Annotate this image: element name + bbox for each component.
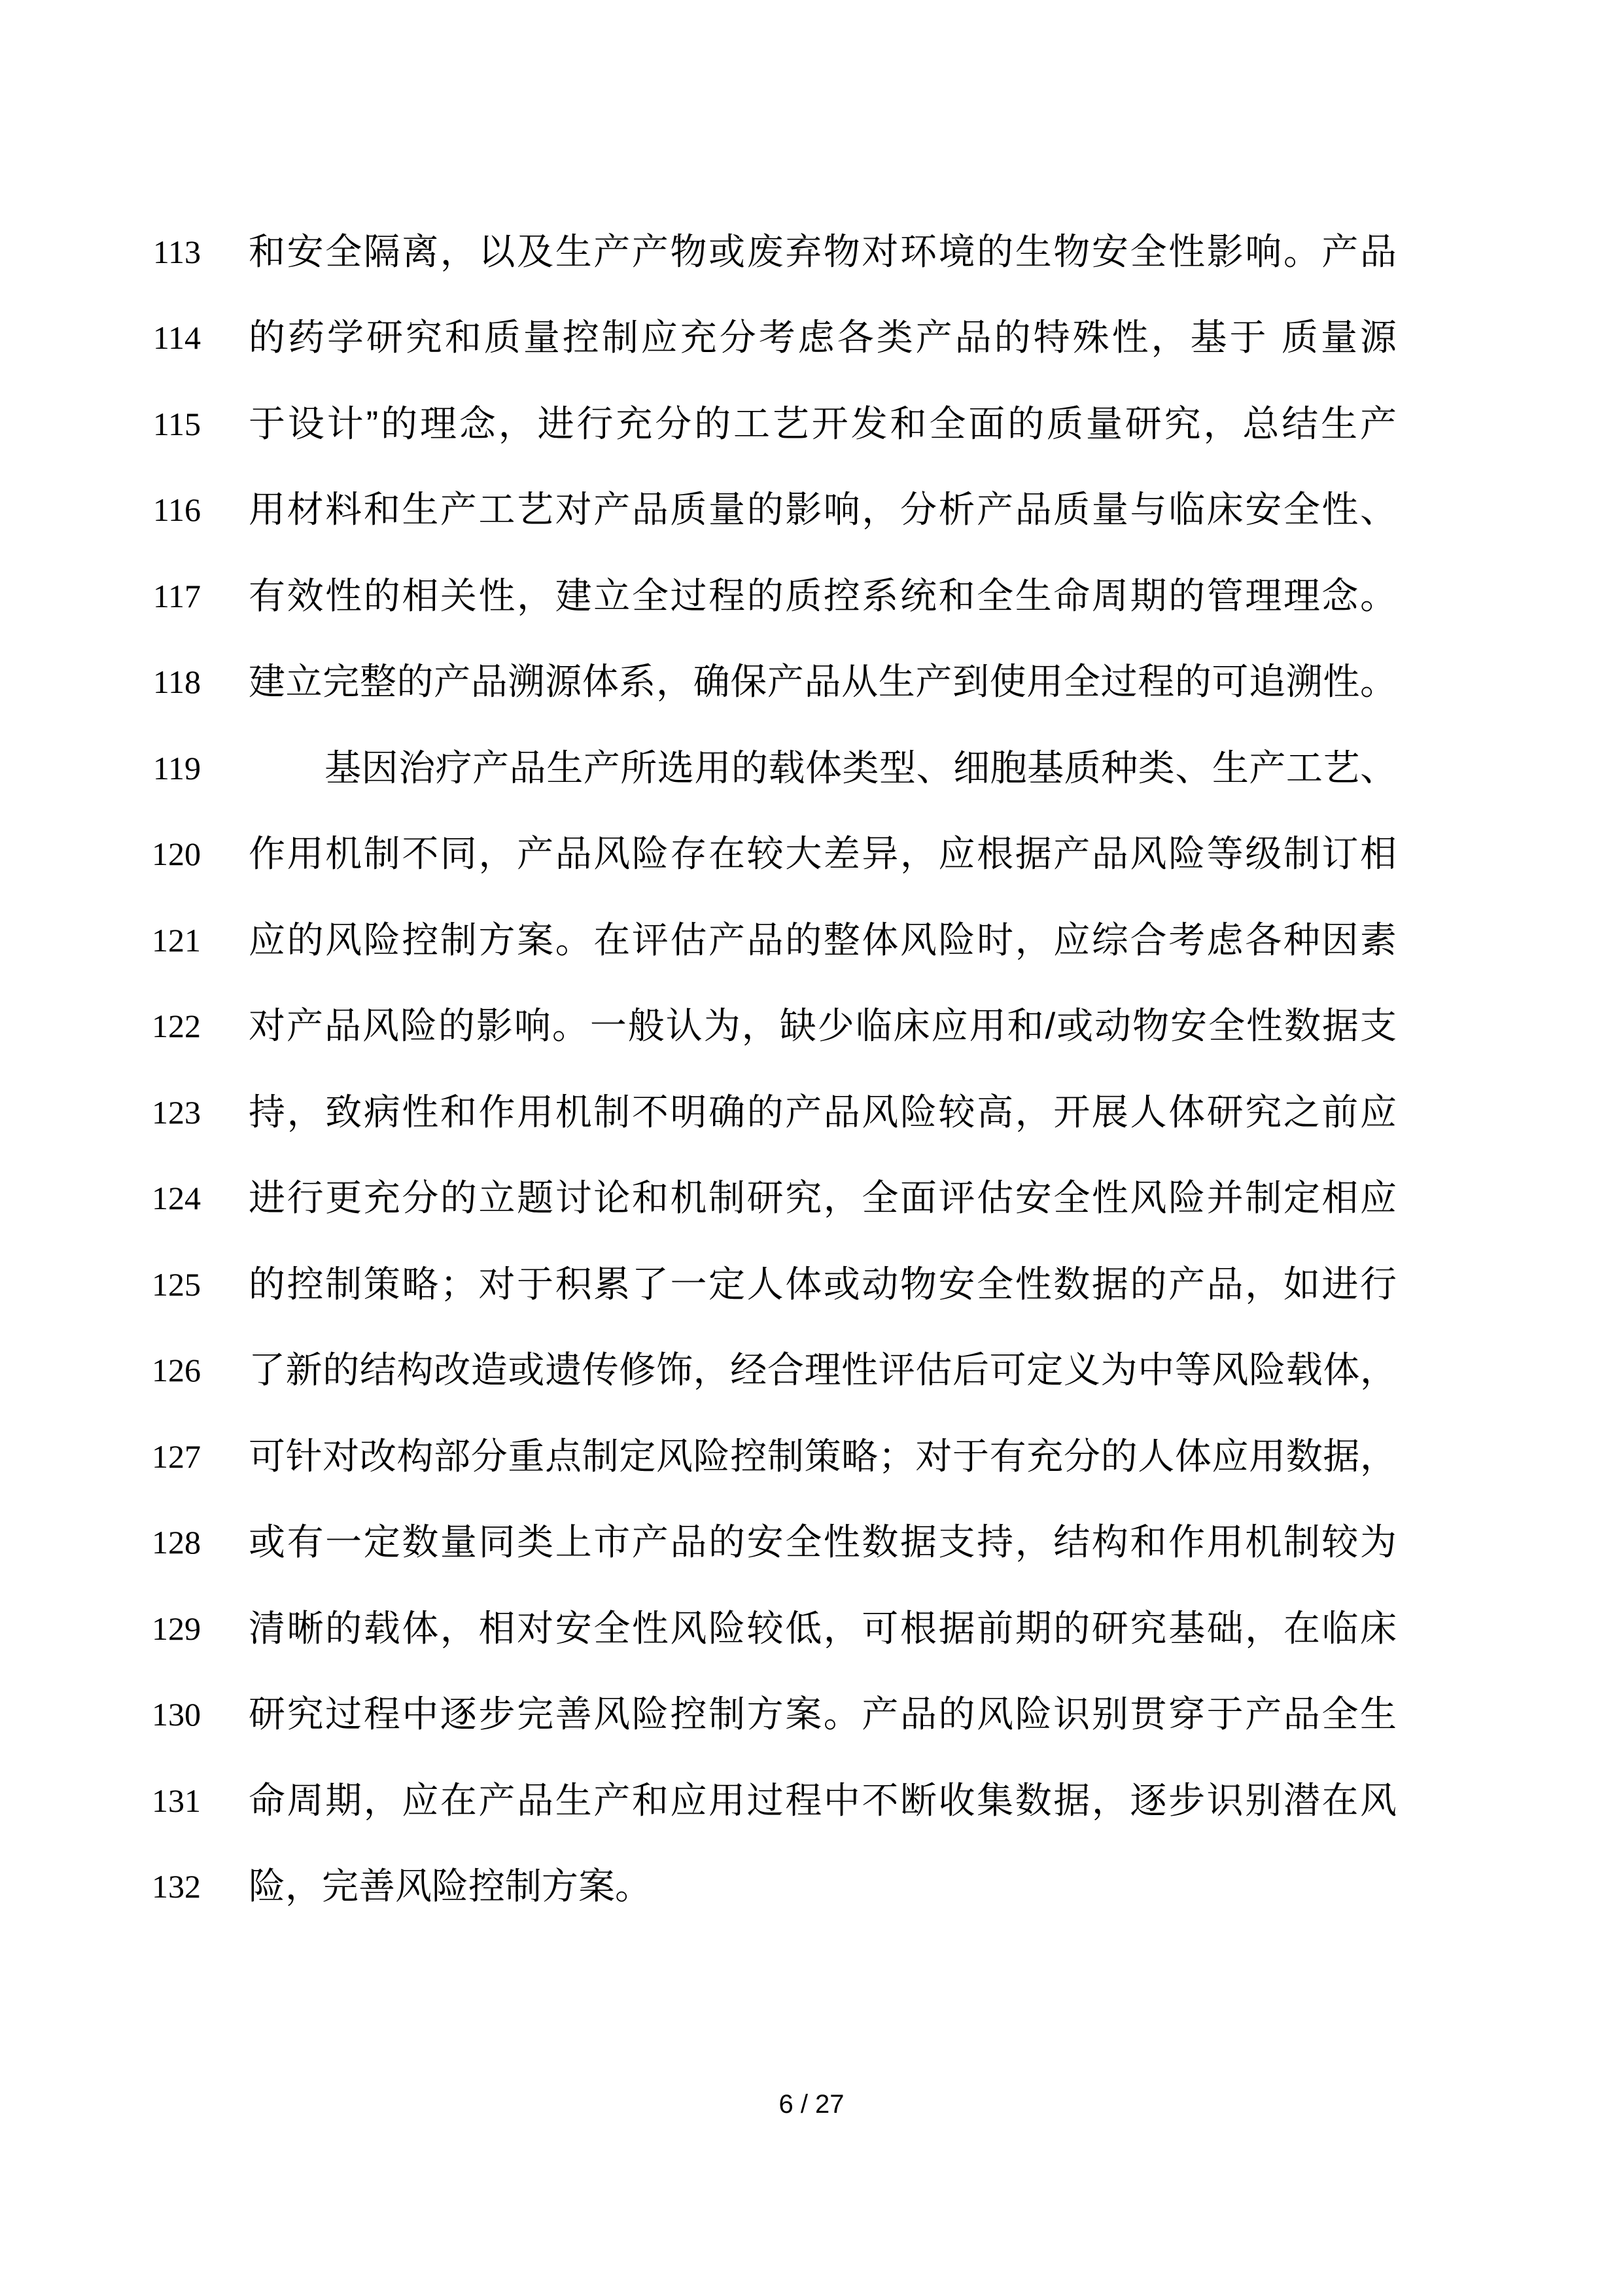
- text-line: 115于设计”的理念，进行充分的工艺开发和全面的质量研究，总结生产: [0, 381, 1623, 467]
- text-line: 132险，完善风险控制方案。: [0, 1844, 1623, 1930]
- line-number: 119: [0, 752, 201, 785]
- text-line: 119基因治疗产品生产所选用的载体类型、细胞基质种类、生产工艺、: [0, 725, 1623, 811]
- line-number: 122: [0, 1010, 201, 1042]
- text-line: 113和安全隔离，以及生产产物或废弃物对环境的生物安全性影响。产品: [0, 209, 1623, 295]
- line-text: 了新的结构改造或遗传修饰，经合理性评估后可定义为中等风险载体，: [249, 1349, 1397, 1391]
- text-line: 130研究过程中逐步完善风险控制方案。产品的风险识别贯穿于产品全生: [0, 1672, 1623, 1758]
- line-number: 132: [0, 1870, 201, 1903]
- line-container: 113和安全隔离，以及生产产物或废弃物对环境的生物安全性影响。产品114的药学研…: [0, 209, 1623, 1930]
- document-page: 113和安全隔离，以及生产产物或废弃物对环境的生物安全性影响。产品114的药学研…: [0, 0, 1623, 2296]
- line-number: 131: [0, 1784, 201, 1817]
- text-line: 116用材料和生产工艺对产品质量的影响，分析产品质量与临床安全性、: [0, 467, 1623, 554]
- text-line: 129清晰的载体，相对安全性风险较低，可根据前期的研究基础，在临床: [0, 1585, 1623, 1672]
- line-text: 有效性的相关性，建立全过程的质控系统和全生命周期的管理理念。: [249, 575, 1397, 617]
- line-text: 于设计”的理念，进行充分的工艺开发和全面的质量研究，总结生产: [249, 403, 1397, 445]
- line-number: 124: [0, 1182, 201, 1214]
- line-text: 可针对改构部分重点制定风险控制策略；对于有充分的人体应用数据，: [249, 1436, 1397, 1477]
- text-line: 128或有一定数量同类上市产品的安全性数据支持，结构和作用机制较为: [0, 1500, 1623, 1586]
- line-text: 险，完善风险控制方案。: [249, 1865, 1397, 1907]
- line-text: 进行更充分的立题讨论和机制研究，全面评估安全性风险并制定相应: [249, 1177, 1397, 1219]
- line-number: 116: [0, 493, 201, 526]
- line-text: 建立完整的产品溯源体系，确保产品从生产到使用全过程的可追溯性。: [249, 661, 1397, 703]
- line-text: 和安全隔离，以及生产产物或废弃物对环境的生物安全性影响。产品: [249, 231, 1397, 273]
- text-line: 121应的风险控制方案。在评估产品的整体风险时，应综合考虑各种因素: [0, 897, 1623, 983]
- line-number: 121: [0, 924, 201, 957]
- line-text: 应的风险控制方案。在评估产品的整体风险时，应综合考虑各种因素: [249, 919, 1397, 961]
- text-line: 127可针对改构部分重点制定风险控制策略；对于有充分的人体应用数据，: [0, 1413, 1623, 1500]
- line-number: 117: [0, 580, 201, 612]
- line-number: 127: [0, 1440, 201, 1473]
- line-number: 125: [0, 1268, 201, 1301]
- text-line: 123持，致病性和作用机制不明确的产品风险较高，开展人体研究之前应: [0, 1069, 1623, 1156]
- line-text: 作用机制不同，产品风险存在较大差异，应根据产品风险等级制订相: [249, 833, 1397, 875]
- line-text: 持，致病性和作用机制不明确的产品风险较高，开展人体研究之前应: [249, 1091, 1397, 1133]
- text-line: 124进行更充分的立题讨论和机制研究，全面评估安全性风险并制定相应: [0, 1156, 1623, 1242]
- line-number: 115: [0, 408, 201, 440]
- line-text: 或有一定数量同类上市产品的安全性数据支持，结构和作用机制较为: [249, 1521, 1397, 1563]
- text-line: 118建立完整的产品溯源体系，确保产品从生产到使用全过程的可追溯性。: [0, 639, 1623, 726]
- line-number: 113: [0, 236, 201, 268]
- line-text: 命周期，应在产品生产和应用过程中不断收集数据，逐步识别潜在风: [249, 1780, 1397, 1822]
- text-line: 120作用机制不同，产品风险存在较大差异，应根据产品风险等级制订相: [0, 811, 1623, 898]
- text-line: 125的控制策略；对于积累了一定人体或动物安全性数据的产品，如进行: [0, 1241, 1623, 1328]
- text-line: 126了新的结构改造或遗传修饰，经合理性评估后可定义为中等风险载体，: [0, 1328, 1623, 1414]
- text-line: 131命周期，应在产品生产和应用过程中不断收集数据，逐步识别潜在风: [0, 1757, 1623, 1844]
- line-text: 基因治疗产品生产所选用的载体类型、细胞基质种类、生产工艺、: [249, 747, 1397, 789]
- line-number: 130: [0, 1698, 201, 1731]
- line-text: 用材料和生产工艺对产品质量的影响，分析产品质量与临床安全性、: [249, 489, 1397, 531]
- line-text: 的控制策略；对于积累了一定人体或动物安全性数据的产品，如进行: [249, 1263, 1397, 1305]
- line-number: 123: [0, 1096, 201, 1129]
- line-number: 126: [0, 1354, 201, 1386]
- line-number: 129: [0, 1612, 201, 1645]
- line-text: 研究过程中逐步完善风险控制方案。产品的风险识别贯穿于产品全生: [249, 1693, 1397, 1735]
- line-number: 118: [0, 665, 201, 698]
- text-line: 117有效性的相关性，建立全过程的质控系统和全生命周期的管理理念。: [0, 553, 1623, 639]
- line-number: 128: [0, 1526, 201, 1559]
- line-number: 120: [0, 838, 201, 870]
- text-line: 122对产品风险的影响。一般认为，缺少临床应用和/或动物安全性数据支: [0, 983, 1623, 1070]
- line-text: 对产品风险的影响。一般认为，缺少临床应用和/或动物安全性数据支: [249, 1005, 1397, 1047]
- line-text: 的药学研究和质量控制应充分考虑各类产品的特殊性，基于 质量源: [249, 317, 1397, 359]
- line-text: 清晰的载体，相对安全性风险较低，可根据前期的研究基础，在临床: [249, 1608, 1397, 1650]
- text-line: 114的药学研究和质量控制应充分考虑各类产品的特殊性，基于 质量源: [0, 295, 1623, 381]
- page-number: 6 / 27: [0, 2091, 1623, 2117]
- line-number: 114: [0, 321, 201, 354]
